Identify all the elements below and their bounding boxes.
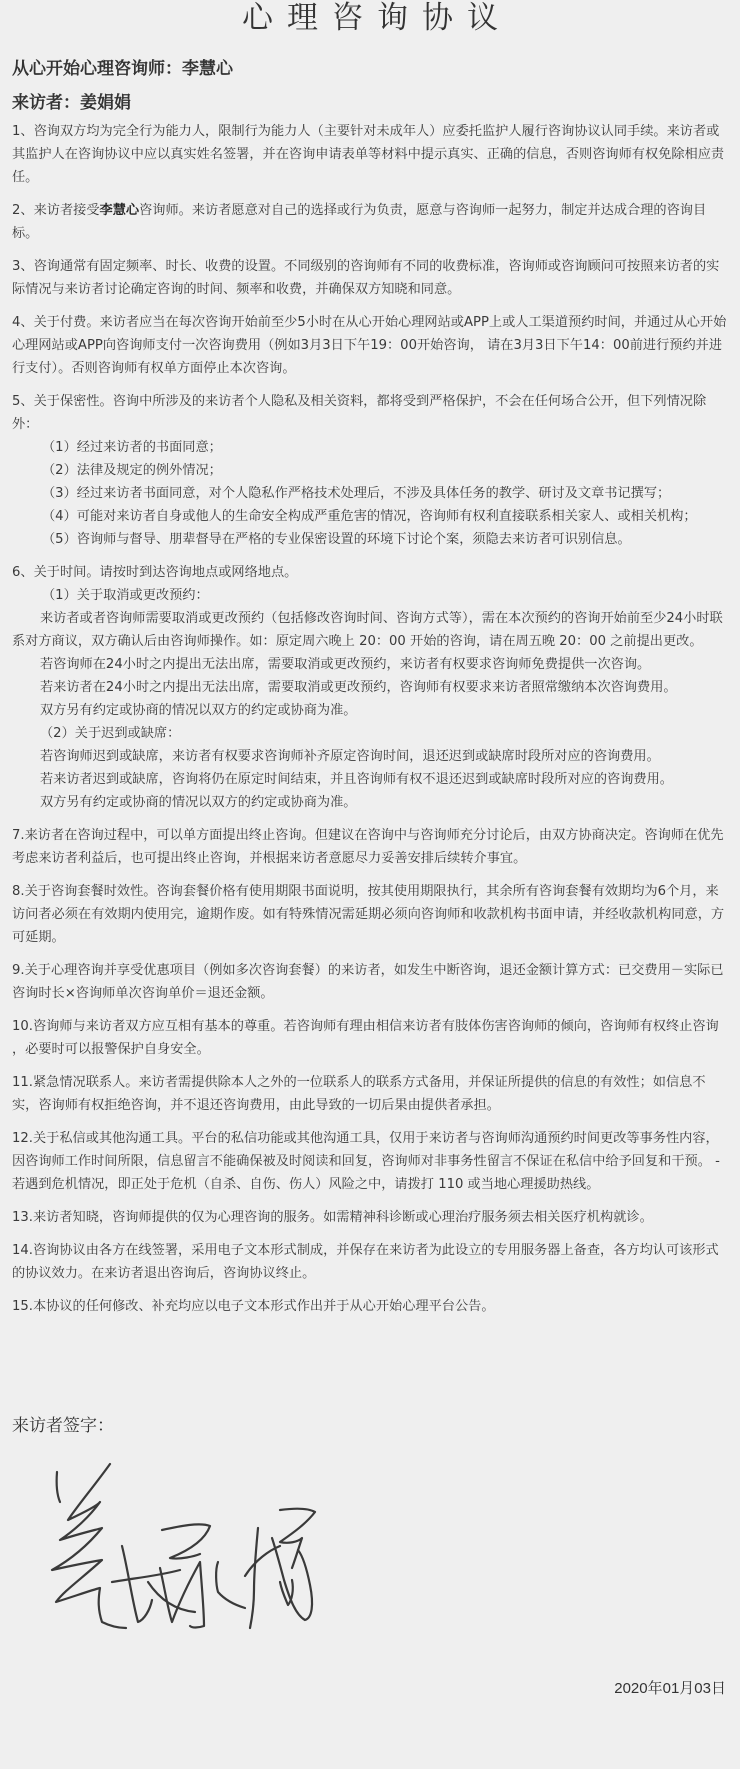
clause-2-prefix: 2、来访者接受	[12, 203, 100, 218]
signature-label: 来访者签字：	[12, 1411, 114, 1436]
clause-12: 12.关于私信或其他沟通工具。平台的私信功能或其他沟通工具，仅用于来访者与咨询师…	[12, 1127, 728, 1196]
clause-11: 11.紧急情况联系人。来访者需提供除本人之外的一位联系人的联系方式备用，并保证所…	[12, 1071, 728, 1117]
clause-text: 13.来访者知晓，咨询师提供的仅为心理咨询的服务。如需精神科诊断或心理治疗服务须…	[12, 1206, 728, 1229]
counselor-name: 李慧心	[100, 203, 140, 218]
clause-text: 3、咨询通常有固定频率、时长、收费的设置。不同级别的咨询师有不同的收费标准，咨询…	[12, 255, 728, 301]
clause-5-item-3: （3）经过来访者书面同意，对个人隐私作严格技术处理后，不涉及具体任务的教学、研讨…	[12, 482, 728, 505]
clause-text: 15.本协议的任何修改、补充均应以电子文本形式作出并于从心开始心理平台公告。	[12, 1295, 728, 1318]
client-line: 来访者：姜娟娟	[12, 88, 131, 113]
clause-text: 1、咨询双方均为完全行为能力人，限制行为能力人（主要针对未成年人）应委托监护人履…	[12, 120, 728, 189]
clause-6-sub1-title: （1）关于取消或更改预约：	[12, 584, 728, 607]
clause-6: 6、关于时间。请按时到达咨询地点或网络地点。 （1）关于取消或更改预约： 来访者…	[12, 561, 728, 814]
agreement-body: 1、咨询双方均为完全行为能力人，限制行为能力人（主要针对未成年人）应委托监护人履…	[12, 120, 728, 1328]
clause-text: 8.关于咨询套餐时效性。咨询套餐价格有使用期限书面说明，按其使用期限执行，其余所…	[12, 880, 728, 949]
clause-6-sub1-line: 若咨询师在24小时之内提出无法出席，需要取消或更改预约，来访者有权要求咨询师免费…	[12, 653, 728, 676]
clause-text: 11.紧急情况联系人。来访者需提供除本人之外的一位联系人的联系方式备用，并保证所…	[12, 1071, 728, 1117]
clause-2: 2、来访者接受李慧心咨询师。来访者愿意对自己的选择或行为负责，愿意与咨询师一起努…	[12, 199, 728, 245]
clause-6-sub2-line: 双方另有约定或协商的情况以双方的约定或协商为准。	[12, 791, 728, 814]
clause-14: 14.咨询协议由各方在线签署，采用电子文本形式制成，并保存在来访者为此设立的专用…	[12, 1239, 728, 1285]
clause-text: 2、来访者接受李慧心咨询师。来访者愿意对自己的选择或行为负责，愿意与咨询师一起努…	[12, 199, 728, 245]
agreement-page: 心理咨询协议 从心开始心理咨询师：李慧心 来访者：姜娟娟 1、咨询双方均为完全行…	[0, 0, 740, 1769]
clause-9: 9.关于心理咨询并享受优惠项目（例如多次咨询套餐）的来访者，如发生中断咨询，退还…	[12, 959, 728, 1005]
clause-8: 8.关于咨询套餐时效性。咨询套餐价格有使用期限书面说明，按其使用期限执行，其余所…	[12, 880, 728, 949]
document-title: 心理咨询协议	[0, 0, 740, 36]
counselor-line: 从心开始心理咨询师：李慧心	[12, 54, 233, 79]
clause-5-item-4: （4）可能对来访者自身或他人的生命安全构成严重危害的情况，咨询师有权利直接联系相…	[12, 505, 728, 528]
clause-6-sub2-title: （2）关于迟到或缺席：	[12, 722, 728, 745]
clause-4: 4、关于付费。来访者应当在每次咨询开始前至少5小时在从心开始心理网站或APP上或…	[12, 311, 728, 380]
clause-6-sub1-line: 若来访者在24小时之内提出无法出席，需要取消或更改预约，咨询师有权要求来访者照常…	[12, 676, 728, 699]
clause-text: 10.咨询师与来访者双方应互相有基本的尊重。若咨询师有理由相信来访者有肢体伤害咨…	[12, 1015, 728, 1061]
clause-3: 3、咨询通常有固定频率、时长、收费的设置。不同级别的咨询师有不同的收费标准，咨询…	[12, 255, 728, 301]
clause-text: 14.咨询协议由各方在线签署，采用电子文本形式制成，并保存在来访者为此设立的专用…	[12, 1239, 728, 1285]
clause-text: 7.来访者在咨询过程中，可以单方面提出终止咨询。但建议在咨询中与咨询师充分讨论后…	[12, 824, 728, 870]
clause-6-sub1-line: 双方另有约定或协商的情况以双方的约定或协商为准。	[12, 699, 728, 722]
clause-intro: 5、关于保密性。咨询中所涉及的来访者个人隐私及相关资料，都将受到严格保护，不会在…	[12, 390, 728, 436]
clause-intro: 6、关于时间。请按时到达咨询地点或网络地点。	[12, 561, 728, 584]
clause-5-item-1: （1）经过来访者的书面同意；	[12, 436, 728, 459]
clause-15: 15.本协议的任何修改、补充均应以电子文本形式作出并于从心开始心理平台公告。	[12, 1295, 728, 1318]
clause-5-item-5: （5）咨询师与督导、朋辈督导在严格的专业保密设置的环境下讨论个案，须隐去来访者可…	[12, 528, 728, 551]
clause-6-sub2-line: 若咨询师迟到或缺席，来访者有权要求咨询师补齐原定咨询时间，退还迟到或缺席时段所对…	[12, 745, 728, 768]
clause-text: 9.关于心理咨询并享受优惠项目（例如多次咨询套餐）的来访者，如发生中断咨询，退还…	[12, 959, 728, 1005]
clause-6-sub1-body: 来访者或者咨询师需要取消或更改预约（包括修改咨询时间、咨询方式等），需在本次预约…	[12, 607, 728, 653]
handwritten-signature-icon	[40, 1450, 330, 1640]
clause-7: 7.来访者在咨询过程中，可以单方面提出终止咨询。但建议在咨询中与咨询师充分讨论后…	[12, 824, 728, 870]
signing-date: 2020年01月03日	[614, 1677, 726, 1698]
clause-13: 13.来访者知晓，咨询师提供的仅为心理咨询的服务。如需精神科诊断或心理治疗服务须…	[12, 1206, 728, 1229]
clause-text: 12.关于私信或其他沟通工具。平台的私信功能或其他沟通工具，仅用于来访者与咨询师…	[12, 1127, 728, 1196]
clause-5-item-2: （2）法律及规定的例外情况；	[12, 459, 728, 482]
clause-5: 5、关于保密性。咨询中所涉及的来访者个人隐私及相关资料，都将受到严格保护，不会在…	[12, 390, 728, 551]
clause-10: 10.咨询师与来访者双方应互相有基本的尊重。若咨询师有理由相信来访者有肢体伤害咨…	[12, 1015, 728, 1061]
clause-6-sub2-line: 若来访者迟到或缺席，咨询将仍在原定时间结束，并且咨询师有权不退还迟到或缺席时段所…	[12, 768, 728, 791]
clause-text: 4、关于付费。来访者应当在每次咨询开始前至少5小时在从心开始心理网站或APP上或…	[12, 311, 728, 380]
clause-1: 1、咨询双方均为完全行为能力人，限制行为能力人（主要针对未成年人）应委托监护人履…	[12, 120, 728, 189]
